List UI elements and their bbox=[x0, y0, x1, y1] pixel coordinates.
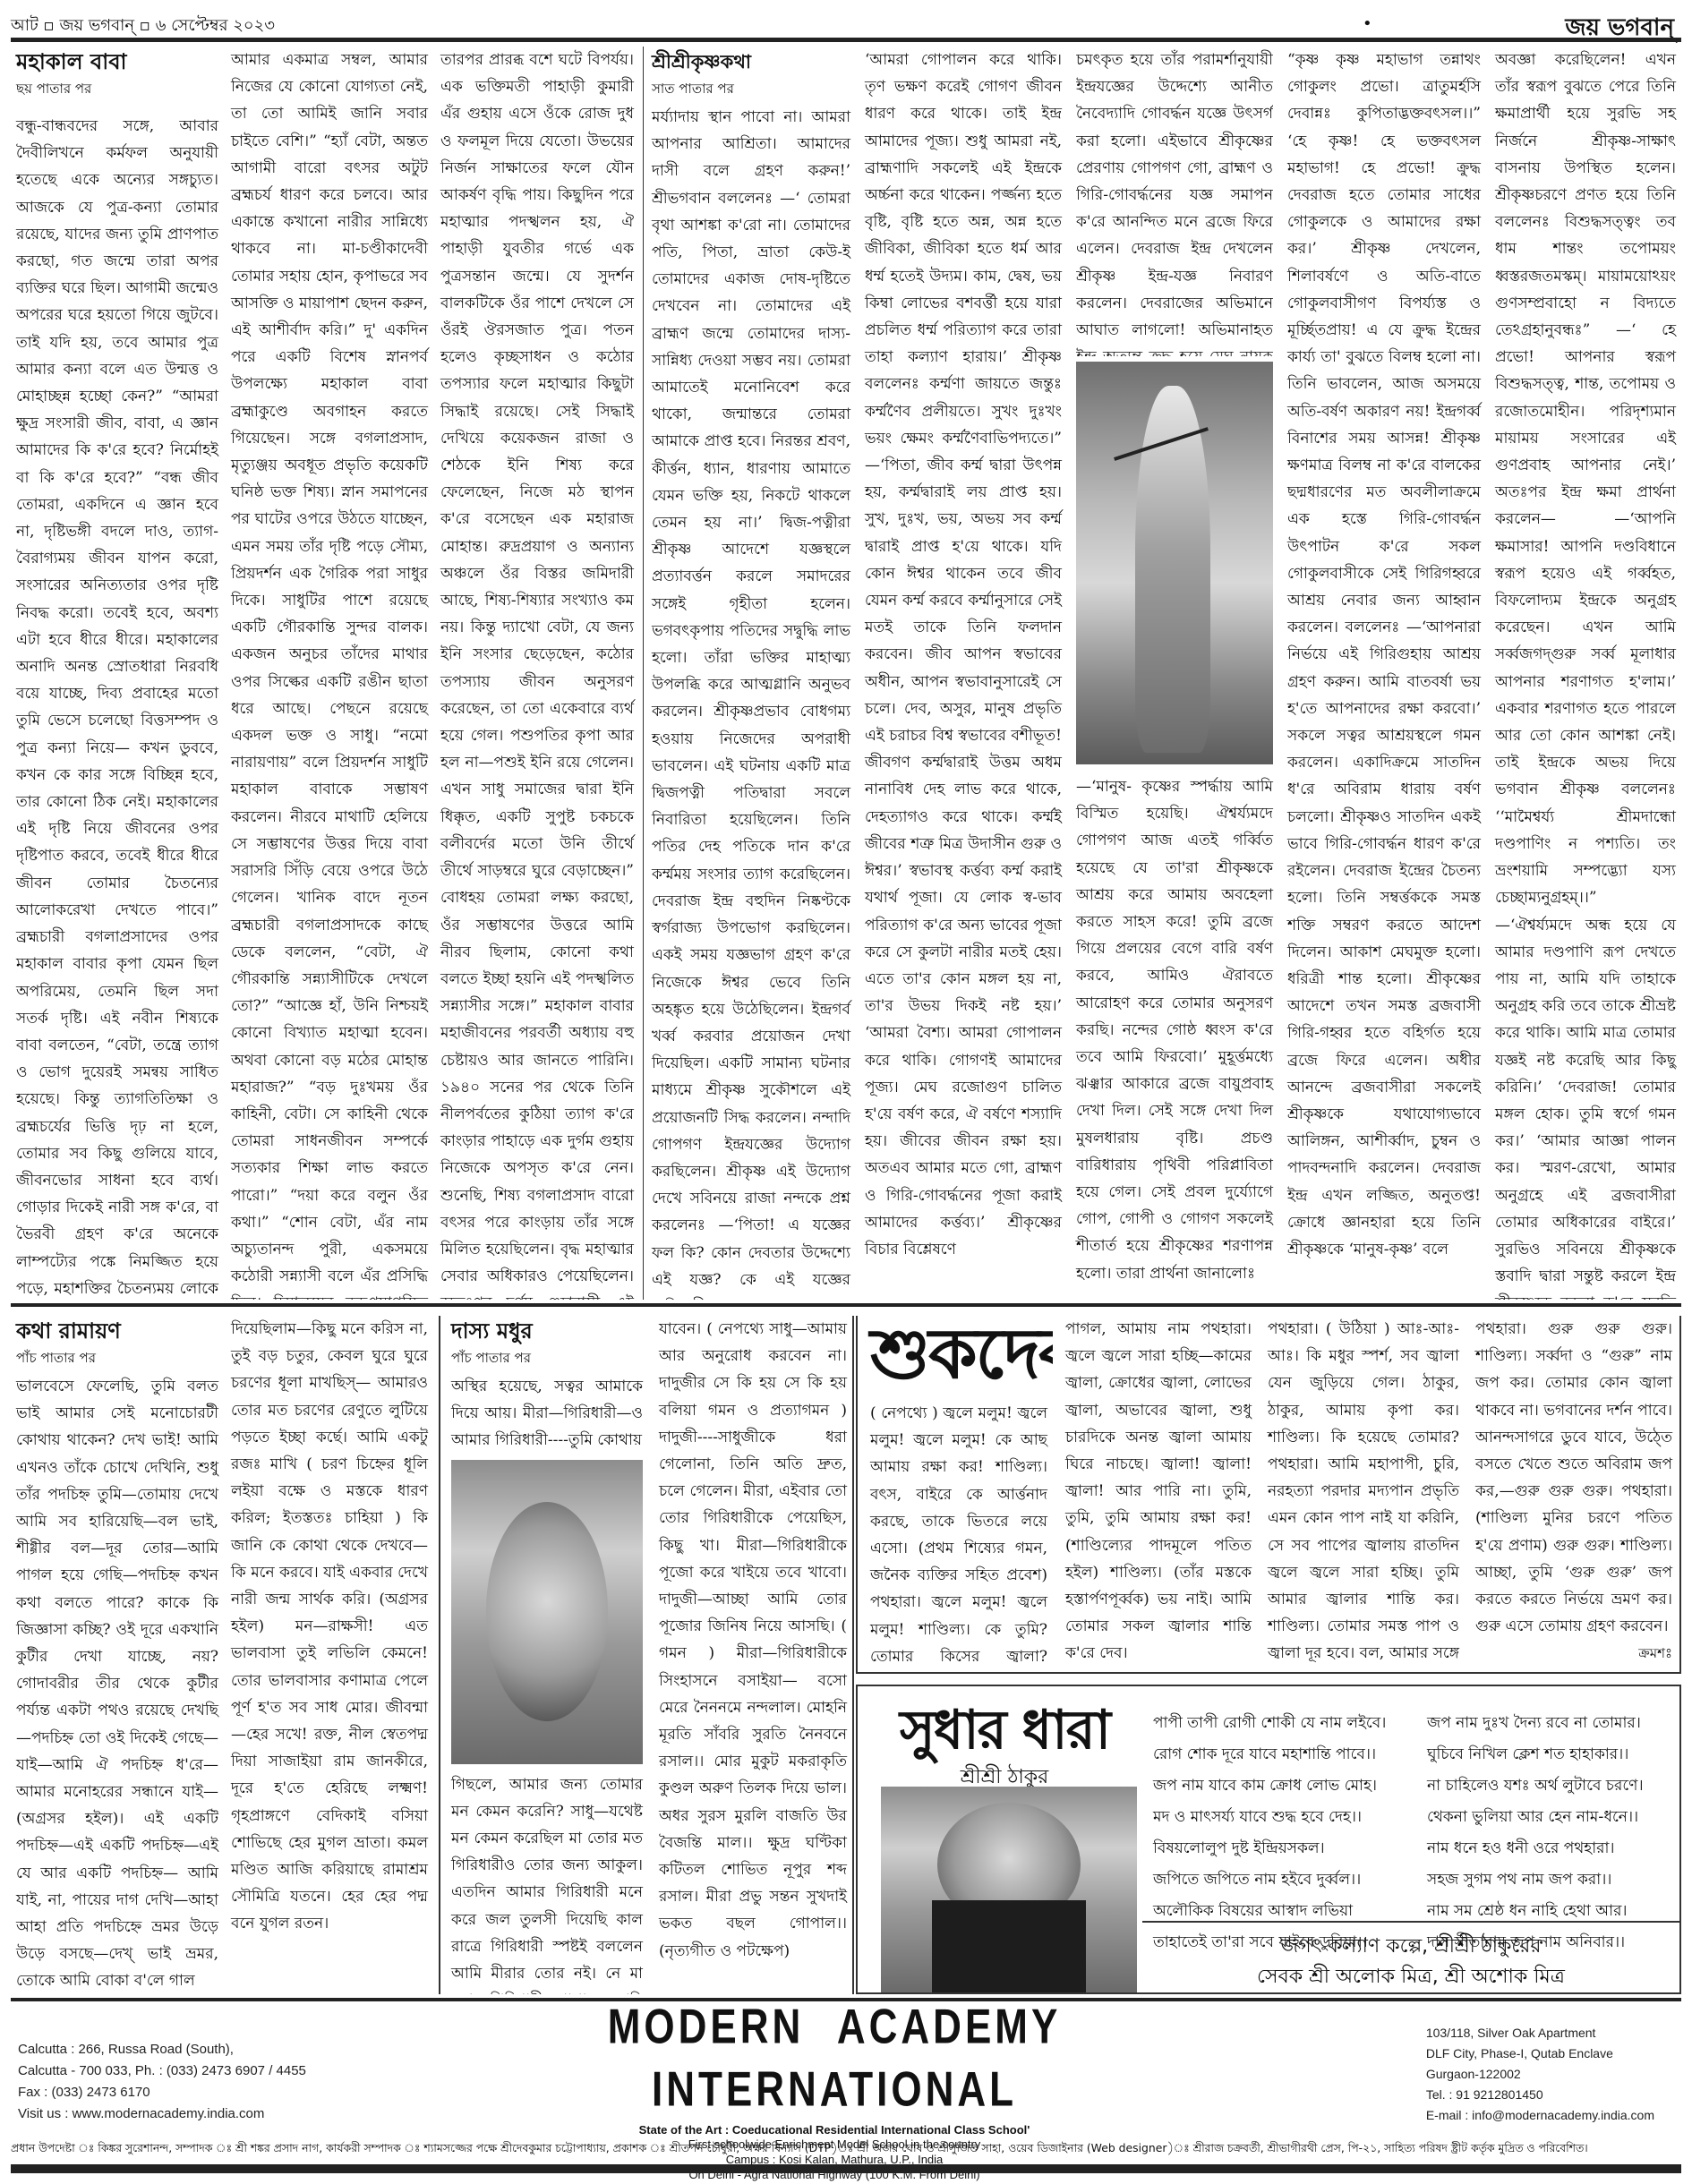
ad-line: 103/118, Silver Oak Apartment bbox=[1426, 2023, 1654, 2043]
article-title: শ্রীশ্রীকৃষ্ণকথা bbox=[652, 47, 850, 77]
sudhar-dhara-box: সুধার ধারা শ্রীশ্রী ঠাকুর পাপী তাপী রোগী… bbox=[856, 1685, 1681, 1994]
continued-from: ছয় পাতার পর bbox=[16, 77, 218, 100]
article-ramayan-col1: কথা রামায়ণ পাঁচ পাতার পর ভালবেসে ফেলেছি… bbox=[11, 1316, 224, 1996]
article-title: কথা রামায়ণ bbox=[16, 1316, 218, 1346]
column-divider bbox=[643, 47, 644, 1300]
sudhar-footer: জগৎ কল্যাণ কল্পে, শ্রীশ্রী ঠাকুরের সেবক … bbox=[1142, 1921, 1679, 1992]
ad-tagline: State of the Art : Coeducational Residen… bbox=[458, 2123, 1210, 2137]
header-rule bbox=[11, 38, 1681, 42]
top-band: মহাকাল বাবা ছয় পাতার পর বন্ধু-বান্ধবদের… bbox=[11, 47, 1681, 1300]
continued-mark: ক্রমশঃ bbox=[1475, 1640, 1672, 1667]
sudhar-title: সুধার ধারা bbox=[870, 1699, 1139, 1762]
sudhar-footer-line1: জগৎ কল্যাণ কল্পে, শ্রীশ্রী ঠাকুরের bbox=[1142, 1932, 1679, 1962]
header-dot: • bbox=[1363, 14, 1372, 33]
bottom-band: কথা রামায়ণ পাঁচ পাতার পর ভালবেসে ফেলেছি… bbox=[11, 1316, 1681, 1996]
section-rule bbox=[11, 1303, 1681, 1307]
imprint-credits: প্রধান উপদেষ্টা ঃ কিঙ্কর সুরেশানন্দ, সম্… bbox=[11, 2141, 1681, 2155]
article-shukadev-box: শুকদেব ( নেপথ্যে ) জ্বলে মলুম! জ্বলে মলু… bbox=[856, 1316, 1681, 1674]
article-text: পাগল, আমায় নাম পথহারা। জ্বলে জ্বলে সারা… bbox=[1065, 1316, 1252, 1668]
ad-line: Calcutta : 266, Russa Road (South), bbox=[18, 2039, 306, 2060]
continued-from: পাঁচ পাতার পর bbox=[451, 1346, 643, 1369]
article-krishnakatha-col3: চমৎকৃত হয়ে তাঁর পরামর্শানুযায়ী ইন্দ্রয… bbox=[1071, 47, 1278, 1300]
article-text: চমৎকৃত হয়ে তাঁর পরামর্শানুযায়ী ইন্দ্রয… bbox=[1076, 47, 1273, 356]
sadhu-face bbox=[486, 1502, 609, 1721]
ad-line: Calcutta - 700 033, Ph. : (033) 2473 690… bbox=[18, 2060, 306, 2082]
poem-line: পাপী তাপী রোগী শোকী যে নাম লইবে। bbox=[1153, 1708, 1422, 1739]
article-shukadev-col1: শুকদেব ( নেপথ্যে ) জ্বলে মলুম! জ্বলে মলু… bbox=[865, 1316, 1053, 1672]
poem-line: জপ নাম যাবে কাম ক্রোধ লোভ মোহ। bbox=[1153, 1770, 1422, 1802]
article-shukadev-col2: পাগল, আমায় নাম পথহারা। জ্বলে জ্বলে সারা… bbox=[1060, 1316, 1257, 1672]
poem-line: রোগ শোক দূরে যাবে মহাশান্তি পাবে।। bbox=[1153, 1739, 1422, 1770]
article-shukadev-col3: পথহারা। ( উঠিয়া ) আঃ-আঃ-আঃ। কি মধুর স্প… bbox=[1262, 1316, 1465, 1672]
article-mahakal-col2: আমার একমাত্র সম্বল, আমার নিজের যে কোনো য… bbox=[226, 47, 433, 1300]
page-header: আট ▫ জয় ভগবান্ ▫ ৬ সেপ্টেম্বর ২০২৩ • জয… bbox=[11, 13, 1681, 36]
sadhu-photo bbox=[451, 1460, 643, 1764]
article-krishnakatha-col4: “কৃষ্ণ কৃষ্ণ মহাভাগ তন্নাথং গোকুলং প্রভো… bbox=[1282, 47, 1486, 1300]
article-dasya-col1: দাস্য মধুর পাঁচ পাতার পর অস্থির হয়েছে, … bbox=[446, 1316, 648, 1994]
article-text: অবজ্ঞা করেছিলেন! এখন তাঁর স্বরূপ বুঝতে প… bbox=[1495, 47, 1676, 1300]
ad-phone: Tel. : 91 9212801450 bbox=[1426, 2085, 1654, 2105]
issue-info: আট ▫ জয় ভগবান্ ▫ ৬ সেপ্টেম্বর ২০২৩ bbox=[11, 13, 275, 40]
article-krishnakatha-col1: শ্রীশ্রীকৃষ্ণকথা সাত পাতার পর মর্য্যাদায… bbox=[646, 47, 856, 1300]
poem-line: মদ ও মাৎসর্য্য যাবে শুদ্ধ হবে দেহ।। bbox=[1153, 1802, 1422, 1833]
article-shukadev-col4: পথহারা। গুরু গুরু গুরু। শাণ্ডিল্য। সর্ব্… bbox=[1470, 1316, 1678, 1672]
ad-line: Gurgaon-122002 bbox=[1426, 2064, 1654, 2085]
article-title: শুকদেব bbox=[870, 1316, 1047, 1393]
article-text: তারপর প্রারব্ধ বশে ঘটে বিপর্যয়। এক ভক্ত… bbox=[440, 47, 634, 1300]
article-text: দিয়েছিলাম—কিছু মনে করিস না, তুই বড় চতু… bbox=[231, 1316, 428, 1938]
article-text: বন্ধু-বান্ধবদের সঙ্গে, আবার দৈবীলিখনে কর… bbox=[16, 113, 218, 1300]
article-text: মর্য্যাদায় স্থান পাবো না। আমরা আপনার আশ… bbox=[652, 104, 850, 1300]
poem-line: না চাহিলেও যশঃ অর্থ লুটাবে চরণে। bbox=[1427, 1770, 1678, 1802]
ad-address-left: Calcutta : 266, Russa Road (South), Calc… bbox=[18, 2039, 306, 2125]
article-title: দাস্য মধুর bbox=[451, 1316, 643, 1346]
article-dasya-col2: যাবেন। ( নেপথ্যে সাধু—আমায় আর অনুরোধ কর… bbox=[654, 1316, 852, 1994]
footer-rule bbox=[11, 2164, 1681, 2173]
ad-website: Visit us : www.modernacademy.india.com bbox=[18, 2103, 306, 2125]
article-text: ‘আমরা গোপালন করে থাকি। তৃণ ভক্ষণ করেই গো… bbox=[865, 47, 1062, 1263]
article-text: অস্থির হয়েছে, সত্বর আমাকে দিয়ে আয়। মী… bbox=[451, 1373, 643, 1455]
article-krishnakatha-col2: ‘আমরা গোপালন করে থাকি। তৃণ ভক্ষণ করেই গো… bbox=[859, 47, 1067, 1300]
poem-line: জপ নাম দুঃখ দৈন্য রবে না তোমার। bbox=[1427, 1708, 1678, 1739]
article-text: আমার একমাত্র সম্বল, আমার নিজের যে কোনো য… bbox=[231, 47, 428, 1300]
continued-from: সাত পাতার পর bbox=[652, 77, 850, 100]
article-text: যাবেন। ( নেপথ্যে সাধু—আমায় আর অনুরোধ কর… bbox=[659, 1316, 847, 1965]
article-title: মহাকাল বাবা bbox=[16, 47, 218, 77]
article-text: —‘মানুষ- কৃষ্ণের স্পর্দ্ধায় আমি বিস্মিত… bbox=[1076, 773, 1273, 1287]
krishna-photo bbox=[1076, 362, 1273, 764]
article-text: ভালবেসে ফেলেছি, তুমি বলত ভাই আমার সেই মন… bbox=[16, 1373, 218, 1995]
advertisement: Calcutta : 266, Russa Road (South), Calc… bbox=[11, 2005, 1681, 2130]
article-text: ( নেপথ্যে ) জ্বলে মলুম! জ্বলে মলুম! জ্বল… bbox=[870, 1400, 1047, 1672]
article-dasya-box: দাস্য মধুর পাঁচ পাতার পর অস্থির হয়েছে, … bbox=[439, 1316, 854, 1994]
ad-email: E-mail : info@modernacademy.india.com bbox=[1426, 2105, 1654, 2126]
ad-address-right: 103/118, Silver Oak Apartment DLF City, … bbox=[1426, 2023, 1654, 2126]
sudhar-footer-line2: সেবক শ্রী অলোক মিত্র, শ্রী অশোক মিত্র bbox=[1142, 1962, 1679, 1992]
article-text: গিছলে, আমার জন্য তোমার মন কেমন করেনি? সা… bbox=[451, 1771, 643, 1994]
article-text: “কৃষ্ণ কৃষ্ণ মহাভাগ তন্নাথং গোকুলং প্রভো… bbox=[1287, 47, 1481, 1263]
article-mahakal-col3: তারপর প্রারব্ধ বশে ঘটে বিপর্যয়। এক ভক্ত… bbox=[435, 47, 639, 1300]
article-text: পথহারা। গুরু গুরু গুরু। শাণ্ডিল্য। সর্ব্… bbox=[1475, 1316, 1672, 1640]
ad-center: MODERN ACADEMY INTERNATIONAL State of th… bbox=[458, 2009, 1210, 2182]
article-krishnakatha-col5: অবজ্ঞা করেছিলেন! এখন তাঁর স্বরূপ বুঝতে প… bbox=[1490, 47, 1681, 1300]
poem-line: সহজ সুগম পথ নাম জপ করা।। bbox=[1427, 1864, 1678, 1896]
sudhar-header: সুধার ধারা শ্রীশ্রী ঠাকুর bbox=[870, 1699, 1139, 1795]
thakur-robe bbox=[932, 1900, 1086, 1993]
article-text: পথহারা। ( উঠিয়া ) আঃ-আঃ-আঃ। কি মধুর স্প… bbox=[1268, 1316, 1459, 1672]
ad-brand: MODERN ACADEMY INTERNATIONAL bbox=[458, 1996, 1210, 2121]
poem-line: ঘুচিবে নিখিল ক্লেশ শত হাহাকার।। bbox=[1427, 1739, 1678, 1770]
poem-line: থেকনা ভুলিয়া আর হেন নাম-ধনে।। bbox=[1427, 1802, 1678, 1833]
publication-name: জয় ভগবান্ bbox=[1565, 9, 1674, 48]
continued-from: পাঁচ পাতার পর bbox=[16, 1346, 218, 1369]
article-mahakal-col1: মহাকাল বাবা ছয় পাতার পর বন্ধু-বান্ধবদের… bbox=[11, 47, 224, 1300]
poem-line: বিষয়লোলুপ দুষ্ট ইন্দ্রিয়সকল। bbox=[1153, 1833, 1422, 1864]
ad-line: DLF City, Phase-I, Qutab Enclave bbox=[1426, 2043, 1654, 2064]
ad-line: Fax : (033) 2473 6170 bbox=[18, 2082, 306, 2103]
article-ramayan-col2: দিয়েছিলাম—কিছু মনে করিস না, তুই বড় চতু… bbox=[226, 1316, 433, 1996]
poem-line: নাম ধনে হও ধনী ওরে পথহারা। bbox=[1427, 1833, 1678, 1864]
thakur-photo bbox=[881, 1787, 1137, 1992]
poem-line: জপিতে জপিতে নাম হইবে দুর্ব্বল।। bbox=[1153, 1864, 1422, 1896]
